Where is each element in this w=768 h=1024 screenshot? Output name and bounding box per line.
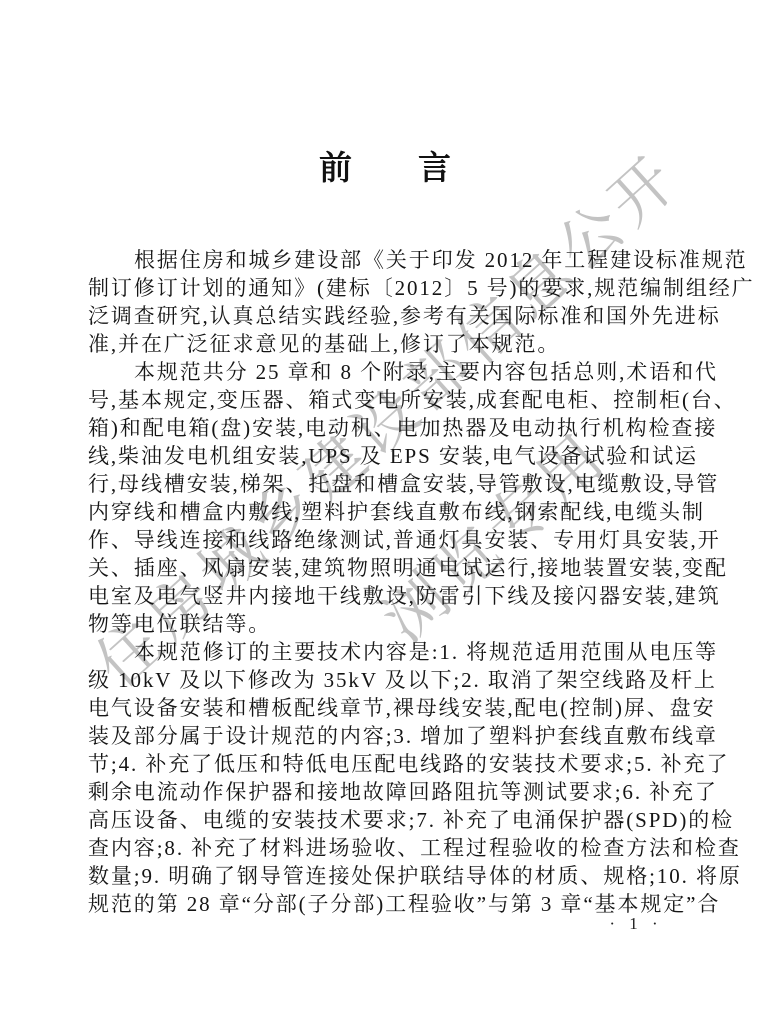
text-line: 装及部分属于设计规范的内容;3. 增加了塑料护套线直敷布线章 bbox=[88, 722, 688, 750]
text-line: 电气设备安装和槽板配线章节,裸母线安装,配电(控制)屏、盘安 bbox=[88, 694, 688, 722]
text-line: 本规范修订的主要技术内容是:1. 将规范适用范围从电压等 bbox=[88, 638, 688, 666]
text-line: 行,母线槽安装,梯架、托盘和槽盒安装,导管敷设,电缆敷设,导管 bbox=[88, 470, 688, 498]
text-line: 作、导线连接和线路绝缘测试,普通灯具安装、专用灯具安装,开 bbox=[88, 526, 688, 554]
text-line: 内穿线和槽盒内敷线,塑料护套线直敷布线,钢索配线,电缆头制 bbox=[88, 498, 688, 526]
text-line: 泛调查研究,认真总结实践经验,参考有关国际标准和国外先进标 bbox=[88, 302, 688, 330]
text-line: 号,基本规定,变压器、箱式变电所安装,成套配电柜、控制柜(台、 bbox=[88, 386, 688, 414]
text-line: 箱)和配电箱(盘)安装,电动机、电加热器及电动执行机构检查接 bbox=[88, 414, 688, 442]
text-line: 电室及电气竖井内接地干线敷设,防雷引下线及接闪器安装,建筑 bbox=[88, 582, 688, 610]
document-page: 住房城乡建设部信息公开 浏览专用 前 言 根据住房和城乡建设部《关于印发 201… bbox=[0, 0, 768, 1024]
page-title: 前 言 bbox=[88, 148, 682, 188]
body-text: 根据住房和城乡建设部《关于印发 2012 年工程建设标准规范 制订修订计划的通知… bbox=[88, 246, 688, 918]
text-line: 数量;9. 明确了钢导管连接处保护联结导体的材质、规格;10. 将原 bbox=[88, 862, 688, 890]
text-line: 根据住房和城乡建设部《关于印发 2012 年工程建设标准规范 bbox=[88, 246, 688, 274]
text-line: 级 10kV 及以下修改为 35kV 及以下;2. 取消了架空线路及杆上 bbox=[88, 666, 688, 694]
text-line: 线,柴油发电机组安装,UPS 及 EPS 安装,电气设备试验和试运 bbox=[88, 442, 688, 470]
text-line: 本规范共分 25 章和 8 个附录,主要内容包括总则,术语和代 bbox=[88, 358, 688, 386]
text-line: 制订修订计划的通知》(建标〔2012〕5 号)的要求,规范编制组经广 bbox=[88, 274, 688, 302]
text-line: 准,并在广泛征求意见的基础上,修订了本规范。 bbox=[88, 330, 688, 358]
text-line: 查内容;8. 补充了材料进场验收、工程过程验收的检查方法和检查 bbox=[88, 834, 688, 862]
text-line: 高压设备、电缆的安装技术要求;7. 补充了电涌保护器(SPD)的检 bbox=[88, 806, 688, 834]
text-line: 物等电位联结等。 bbox=[88, 610, 688, 638]
text-line: 剩余电流动作保护器和接地故障回路阻抗等测试要求;6. 补充了 bbox=[88, 778, 688, 806]
page-number: · 1 · bbox=[596, 914, 676, 934]
text-line: 关、插座、风扇安装,建筑物照明通电试运行,接地装置安装,变配 bbox=[88, 554, 688, 582]
text-line: 节;4. 补充了低压和特低电压配电线路的安装技术要求;5. 补充了 bbox=[88, 750, 688, 778]
